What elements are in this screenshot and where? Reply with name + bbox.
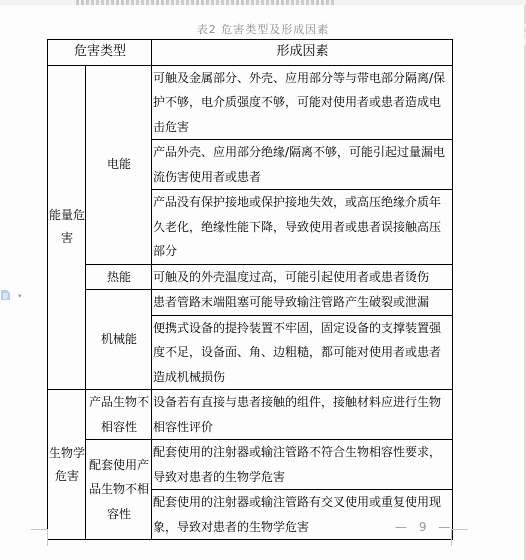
table-caption: 表2 危害类型及形成因素 xyxy=(0,21,526,37)
subcategory-cell: 热能 xyxy=(86,264,152,290)
page-corner-mark-left xyxy=(31,529,48,546)
hazard-table: 危害类型 形成因素 能量危害 电能 可触及金属部分、外壳、应用部分等与带电部分隔… xyxy=(47,39,453,540)
document-icon[interactable] xyxy=(0,289,12,301)
factor-cell: 可触及的外壳温度过高，可能引起使用者或患者烫伤 xyxy=(152,264,453,290)
factor-cell: 患者管路末端阻塞可能导致输注管路产生破裂或泄漏 xyxy=(152,290,453,316)
header-hazard-type: 危害类型 xyxy=(48,40,152,66)
table-row: 热能 可触及的外壳温度过高，可能引起使用者或患者烫伤 xyxy=(48,264,453,290)
header-formation-factor: 形成因素 xyxy=(152,40,453,66)
factor-cell: 配套使用的注射器或输注管路不符合生物相容性要求，导致对患者的生物学危害 xyxy=(152,440,453,490)
factor-cell: 产品外壳、应用部分绝缘/隔离不够，可能引起过量漏电流伤害使用者或患者 xyxy=(152,140,453,190)
subcategory-cell: 配套使用产品生物不相容性 xyxy=(86,440,152,540)
category-cell: 能量危害 xyxy=(48,65,86,390)
table-row: 能量危害 电能 可触及金属部分、外壳、应用部分等与带电部分隔离/保护不够，电介质… xyxy=(48,65,453,140)
chevron-down-icon[interactable]: ▾ xyxy=(18,292,22,300)
page-number: — 9 — xyxy=(395,520,454,534)
table-header-row: 危害类型 形成因素 xyxy=(48,40,453,66)
table-row: 机械能 患者管路末端阻塞可能导致输注管路产生破裂或泄漏 xyxy=(48,290,453,316)
factor-cell: 可触及金属部分、外壳、应用部分等与带电部分隔离/保护不够，电介质强度不够，可能对… xyxy=(152,65,453,140)
category-cell: 生物学危害 xyxy=(48,390,86,540)
clipped-text-line xyxy=(76,0,336,5)
subcategory-cell: 机械能 xyxy=(86,290,152,390)
top-clipped-region xyxy=(0,0,526,5)
table-row: 配套使用产品生物不相容性 配套使用的注射器或输注管路不符合生物相容性要求，导致对… xyxy=(48,440,453,490)
factor-cell: 设备若有直接与患者接触的组件，接触材料应进行生物相容性评价 xyxy=(152,390,453,440)
page-corner-mark-right xyxy=(451,529,468,546)
factor-cell: 便携式设备的提拎装置不牢固，固定设备的支撑装置强度不足，设备面、角、边粗糙，都可… xyxy=(152,315,453,390)
subcategory-cell: 产品生物不相容性 xyxy=(86,390,152,440)
subcategory-cell: 电能 xyxy=(86,65,152,264)
factor-cell: 产品没有保护接地或保护接地失效，或高压绝缘介质年久老化，绝缘性能下降，导致使用者… xyxy=(152,190,453,265)
table-row: 生物学危害 产品生物不相容性 设备若有直接与患者接触的组件，接触材料应进行生物相… xyxy=(48,390,453,440)
